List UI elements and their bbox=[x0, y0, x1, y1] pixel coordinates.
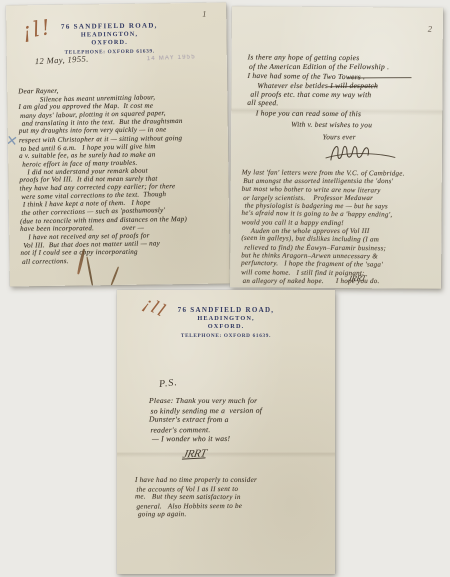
letterhead-address-line2: HEADINGTON, bbox=[126, 315, 326, 323]
letter-body: Dear Rayner, Silence has meant unremitti… bbox=[18, 85, 226, 266]
signature-jrrt: JRRT bbox=[182, 447, 208, 460]
letterhead-address-line3: OXFORD. bbox=[6, 37, 220, 48]
letter-page-2: 2 Is there any hope of getting copiesof … bbox=[230, 6, 443, 288]
blue-cross-margin-mark: ✕ bbox=[6, 133, 19, 151]
letterhead: 76 SANDFIELD ROAD, HEADINGTON, OXFORD. T… bbox=[126, 306, 326, 339]
handwriting-line: relieved to find) the Éowyn–Faramir busi… bbox=[244, 243, 440, 252]
letter-page-1: ¡l! 1 76 SANDFIELD ROAD, HEADINGTON, OXF… bbox=[6, 2, 230, 286]
handwritten-date: 12 May, 1955. bbox=[35, 53, 89, 66]
letter-postscript: My last 'fan' letters were from the V.C.… bbox=[241, 168, 438, 286]
page-number: 1 bbox=[202, 9, 206, 19]
postscript-label: P.S. bbox=[158, 377, 178, 390]
letter-body: Please: Thank you very much forso kindly… bbox=[149, 396, 319, 444]
handwriting-line: With v. best wishes to you bbox=[291, 119, 436, 132]
letter-page-3: ¡ll 76 SANDFIELD ROAD, HEADINGTON, OXFOR… bbox=[117, 290, 335, 574]
letterhead-telephone: TELEPHONE: OXFORD 61639. bbox=[126, 333, 326, 340]
page-number: 2 bbox=[428, 24, 432, 34]
handwriting-line: an allegory of naked hope. I hope you do… bbox=[243, 277, 439, 285]
received-date-stamp: 14 MAY 1955 bbox=[147, 53, 196, 63]
signature-jrrt bbox=[323, 138, 401, 171]
signature-jrrt-small: JRRT bbox=[347, 273, 367, 284]
letterhead: 76 SANDFIELD ROAD, HEADINGTON, OXFORD. T… bbox=[6, 21, 220, 58]
handwriting-line: I have had no time properly to consider bbox=[135, 476, 325, 485]
handwriting-line: have been incorporated. over — bbox=[20, 223, 226, 233]
handwriting-line: — I wonder who it was! bbox=[152, 434, 322, 444]
underline-mark bbox=[327, 86, 377, 87]
ink-smudge bbox=[110, 266, 119, 285]
handwriting-line: me. But they seem satisfactory in bbox=[135, 493, 325, 502]
letterhead-address-line3: OXFORD. bbox=[126, 323, 326, 331]
letter-addendum: I have had no time properly to considert… bbox=[135, 476, 325, 519]
handwriting-line: Please: Thank you very much for bbox=[149, 396, 319, 406]
letterhead-address-line1: 76 SANDFIELD ROAD, bbox=[126, 306, 326, 315]
letters-scan: ¡l! 1 76 SANDFIELD ROAD, HEADINGTON, OXF… bbox=[0, 0, 450, 577]
handwriting-line: going up again. bbox=[138, 510, 328, 519]
handwriting-line: I hope you can read some of this bbox=[247, 108, 437, 119]
